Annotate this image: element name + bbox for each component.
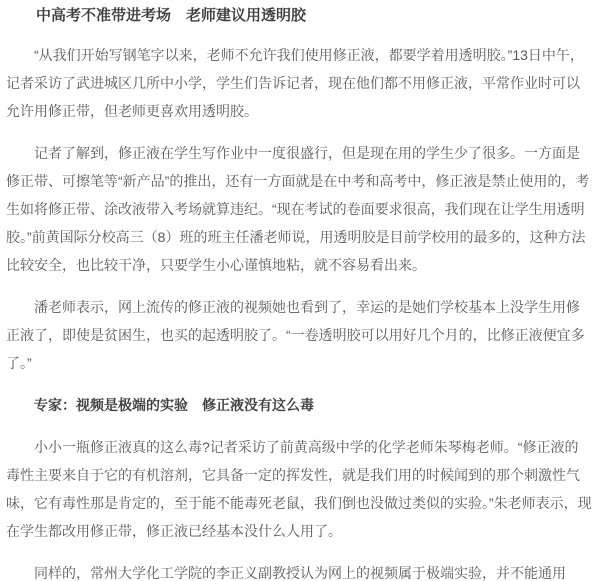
section-subheading: 专家：视频是极端的实验 修正液没有这么毒 — [6, 391, 592, 419]
article: 中高考不准带进考场 老师建议用透明胶 “从我们开始写钢笔字以来，老师不允许我们使… — [0, 0, 598, 581]
paragraph: 潘老师表示，网上流传的修正液的视频她也看到了，幸运的是她们学校基本上没学生用修正… — [6, 293, 592, 377]
paragraph: “从我们开始写钢笔字以来，老师不允许我们使用修正液，都要学着用透明胶。”13日中… — [6, 41, 592, 125]
article-title: 中高考不准带进考场 老师建议用透明胶 — [6, 5, 592, 26]
paragraph: 同样的，常州大学化工学院的李正义副教授认为网上的视频属于极端实验，并不能通用 — [6, 559, 592, 581]
article-page: 中高考不准带进考场 老师建议用透明胶 “从我们开始写钢笔字以来，老师不允许我们使… — [0, 0, 598, 581]
paragraph: 记者了解到，修正液在学生写作业中一度很盛行，但是现在用的学生少了很多。一方面是修… — [6, 139, 592, 279]
paragraph: 小小一瓶修正液真的这么毒?记者采访了前黄高级中学的化学老师朱琴梅老师。“修正液的… — [6, 433, 592, 545]
